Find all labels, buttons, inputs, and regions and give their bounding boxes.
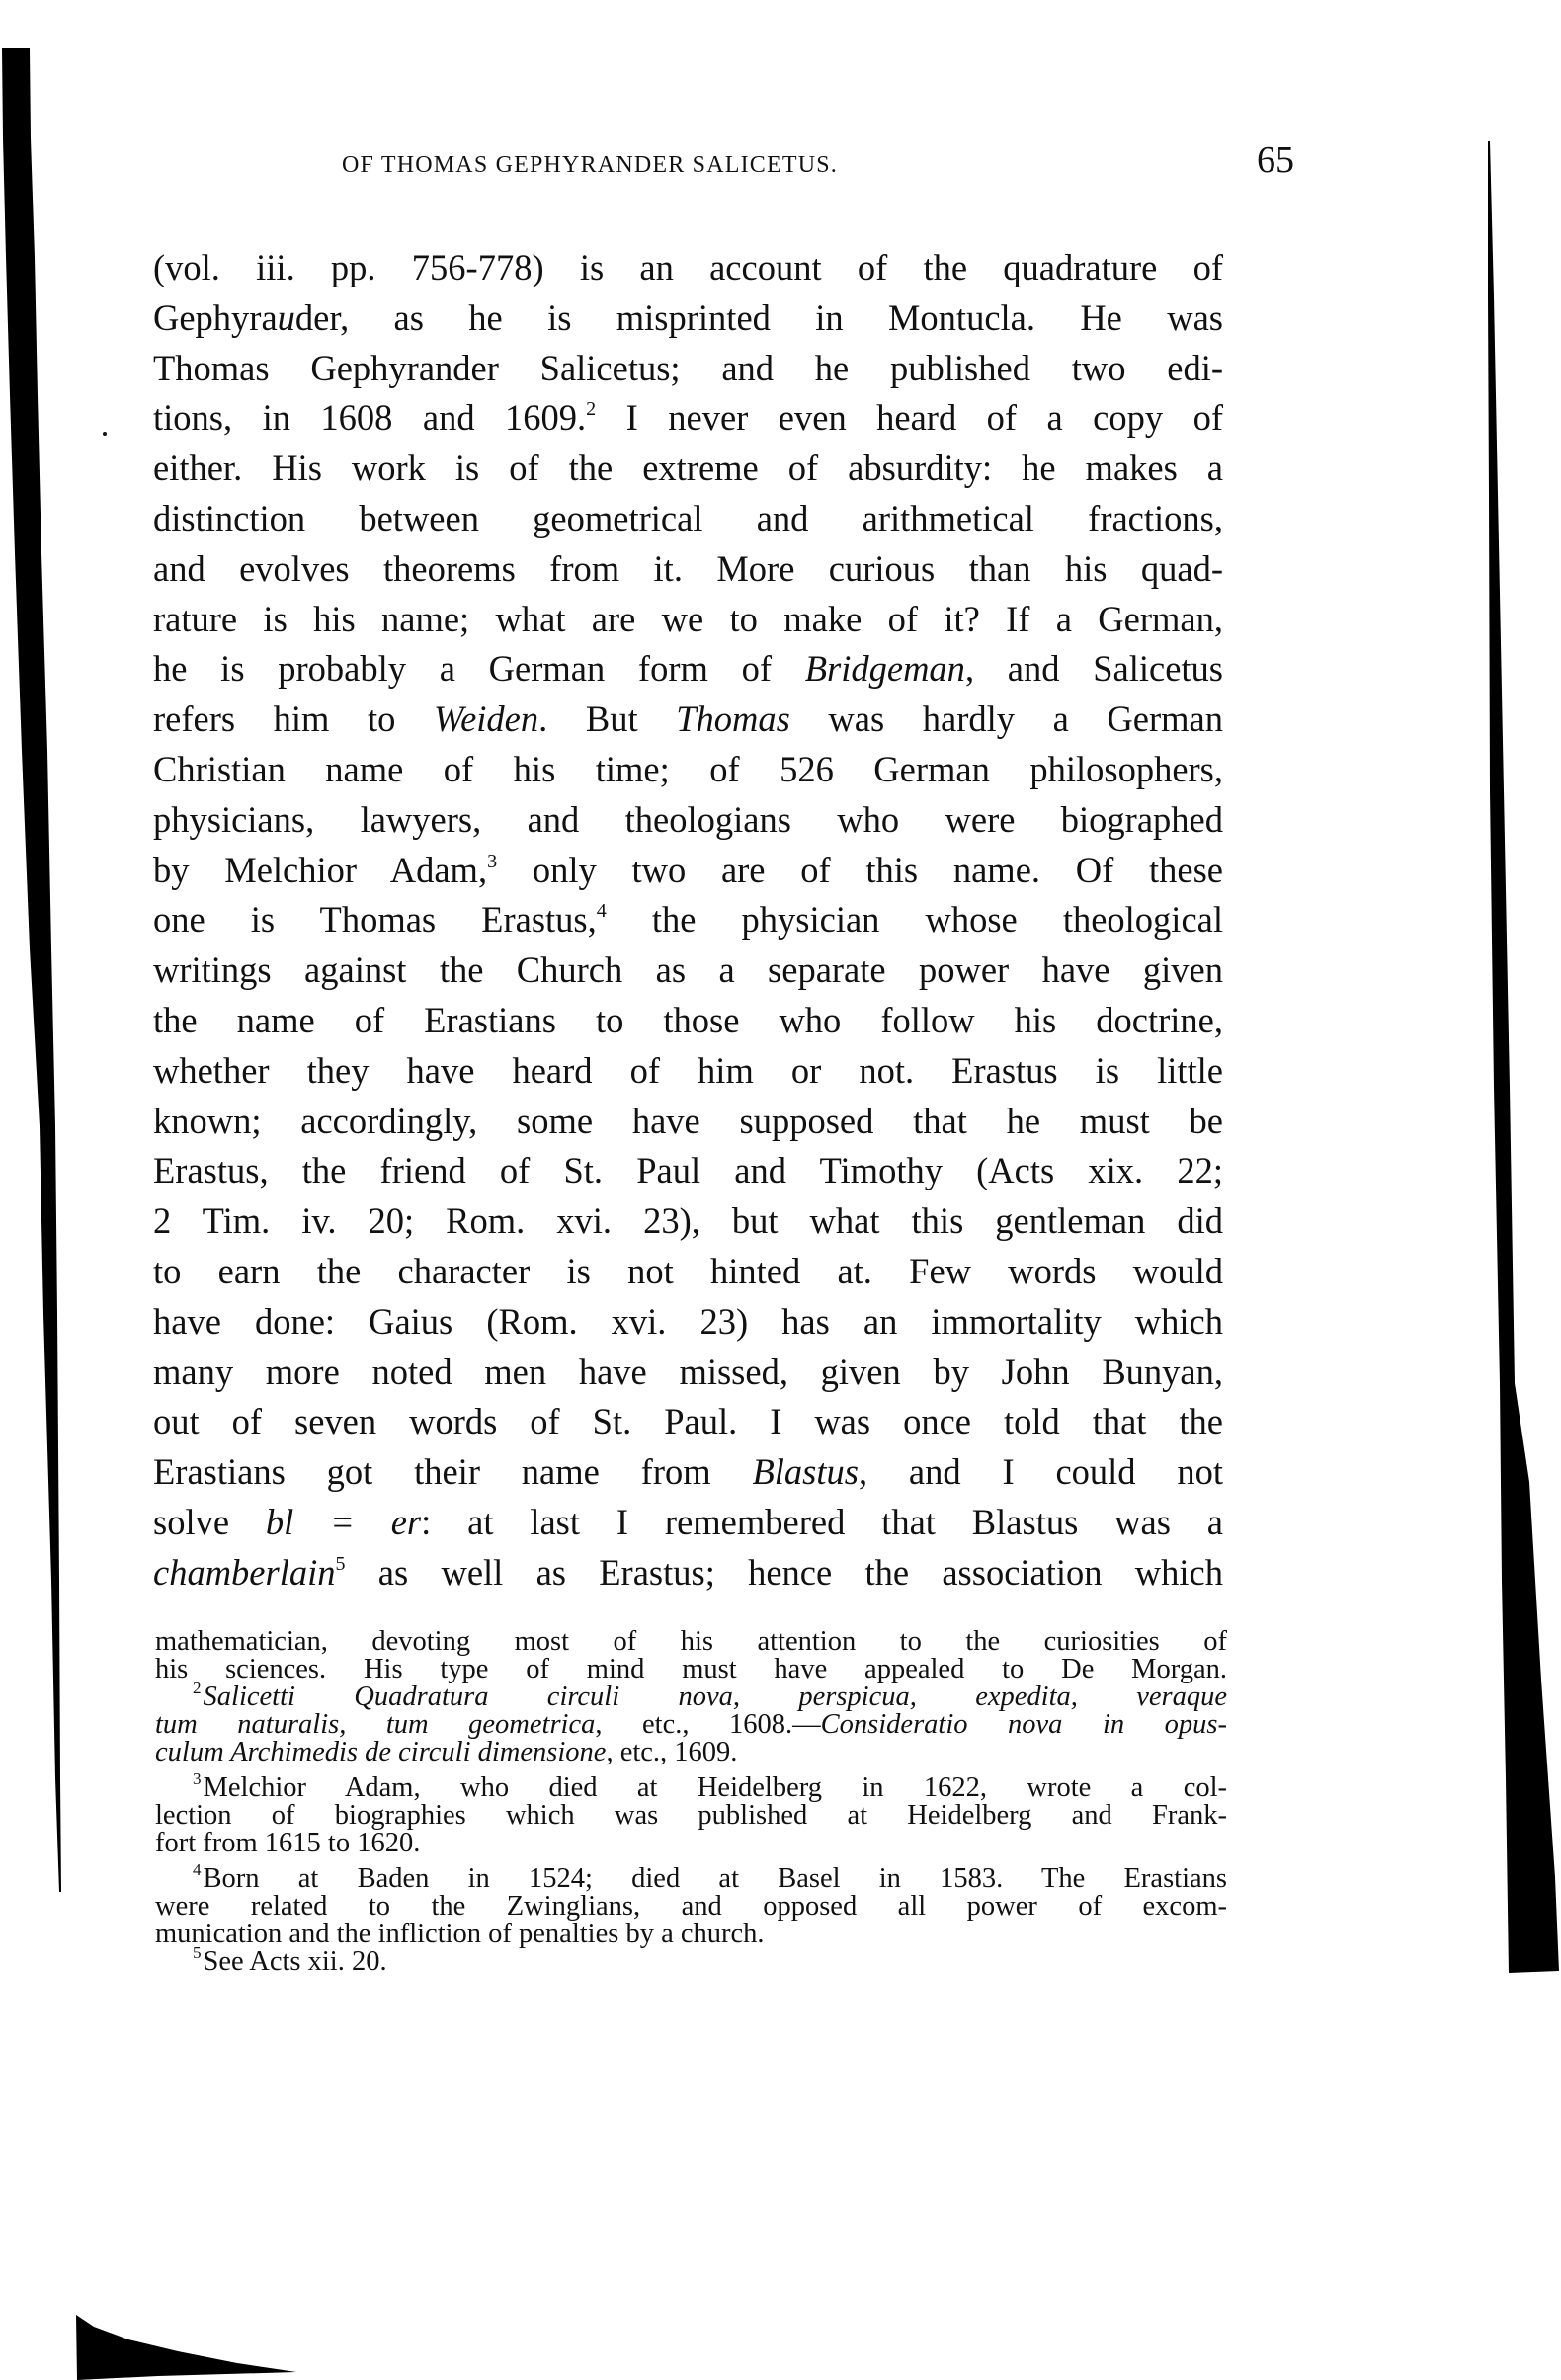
body-line: whether they have heard of him or not. E… [153,1046,1223,1097]
footnotes: mathematician, devoting most of his atte… [155,1628,1227,1976]
body-line: and evolves theorems from it. More curio… [153,544,1223,595]
body-line: solve bl = er: at last I remembered that… [153,1498,1223,1548]
footnote-ref-4: 4 [597,900,607,922]
body-line: (vol. iii. pp. 756-778) is an account of… [153,243,1223,293]
stray-ink-dot [103,432,107,436]
body-line: many more noted men have missed, given b… [153,1348,1223,1398]
body-line: Gephyrauder, as he is misprinted in Mont… [153,293,1223,344]
body-line: chamberlain5 as well as Erastus; hence t… [153,1548,1223,1599]
footnote-mark: 4 [193,1860,202,1879]
body-line: he is probably a German form of Bridgema… [153,644,1223,695]
footnote-ref-2: 2 [586,398,596,420]
body-line: Erastus, the friend of St. Paul and Timo… [153,1146,1223,1196]
body-line: Erastians got their name from Blastus, a… [153,1447,1223,1498]
body-line: have done: Gaius (Rom. xvi. 23) has an i… [153,1297,1223,1348]
footnote-continuation: mathematician, devoting most of his atte… [155,1628,1227,1683]
body-line: physicians, lawyers, and theologians who… [153,795,1223,846]
footnote-5: 5See Acts xii. 20. [155,1948,1227,1976]
right-edge-line [1488,141,1559,1973]
page-number: 65 [1257,138,1294,182]
running-head: Of Thomas Gephyrander Salicetus. [342,152,1231,179]
body-line: rature is his name; what are we to make … [153,595,1223,645]
body-line: out of seven words of St. Paul. I was on… [153,1397,1223,1447]
footnote-4: 4Born at Baden in 1524; died at Basel in… [155,1865,1227,1948]
body-line: 2 Tim. iv. 20; Rom. xvi. 23), but what t… [153,1196,1223,1247]
body-line: the name of Erastians to those who follo… [153,996,1223,1046]
footnote-ref-5: 5 [336,1553,346,1575]
body-line: by Melchior Adam,3 only two are of this … [153,846,1223,896]
body-line: refers him to Weiden. But Thomas was har… [153,695,1223,745]
body-line: to earn the character is not hinted at. … [153,1247,1223,1297]
footnote-2: 2Salicetti Quadratura circuli nova, pers… [155,1683,1227,1766]
body-line: Thomas Gephyrander Salicetus; and he pub… [153,344,1223,394]
body-line: Christian name of his time; of 526 Germa… [153,745,1223,795]
body-line: tions, in 1608 and 1609.2 I never even h… [153,393,1223,444]
footnote-mark: 3 [193,1769,202,1788]
left-binding-shadow [2,48,61,1892]
body-line: one is Thomas Erastus,4 the physician wh… [153,895,1223,945]
footnote-ref-3: 3 [487,851,497,872]
body-line: distinction between geometrical and arit… [153,494,1223,544]
footnote-mark: 5 [193,1943,202,1962]
body-line: known; accordingly, some have supposed t… [153,1097,1223,1147]
footnote-3: 3Melchior Adam, who died at Heidelberg i… [155,1774,1227,1857]
bottom-left-wedge [76,2315,296,2380]
body-text: (vol. iii. pp. 756-778) is an account of… [153,243,1223,1599]
body-line: either. His work is of the extreme of ab… [153,444,1223,494]
body-line: writings against the Church as a separat… [153,945,1223,996]
footnote-mark: 2 [193,1679,202,1697]
